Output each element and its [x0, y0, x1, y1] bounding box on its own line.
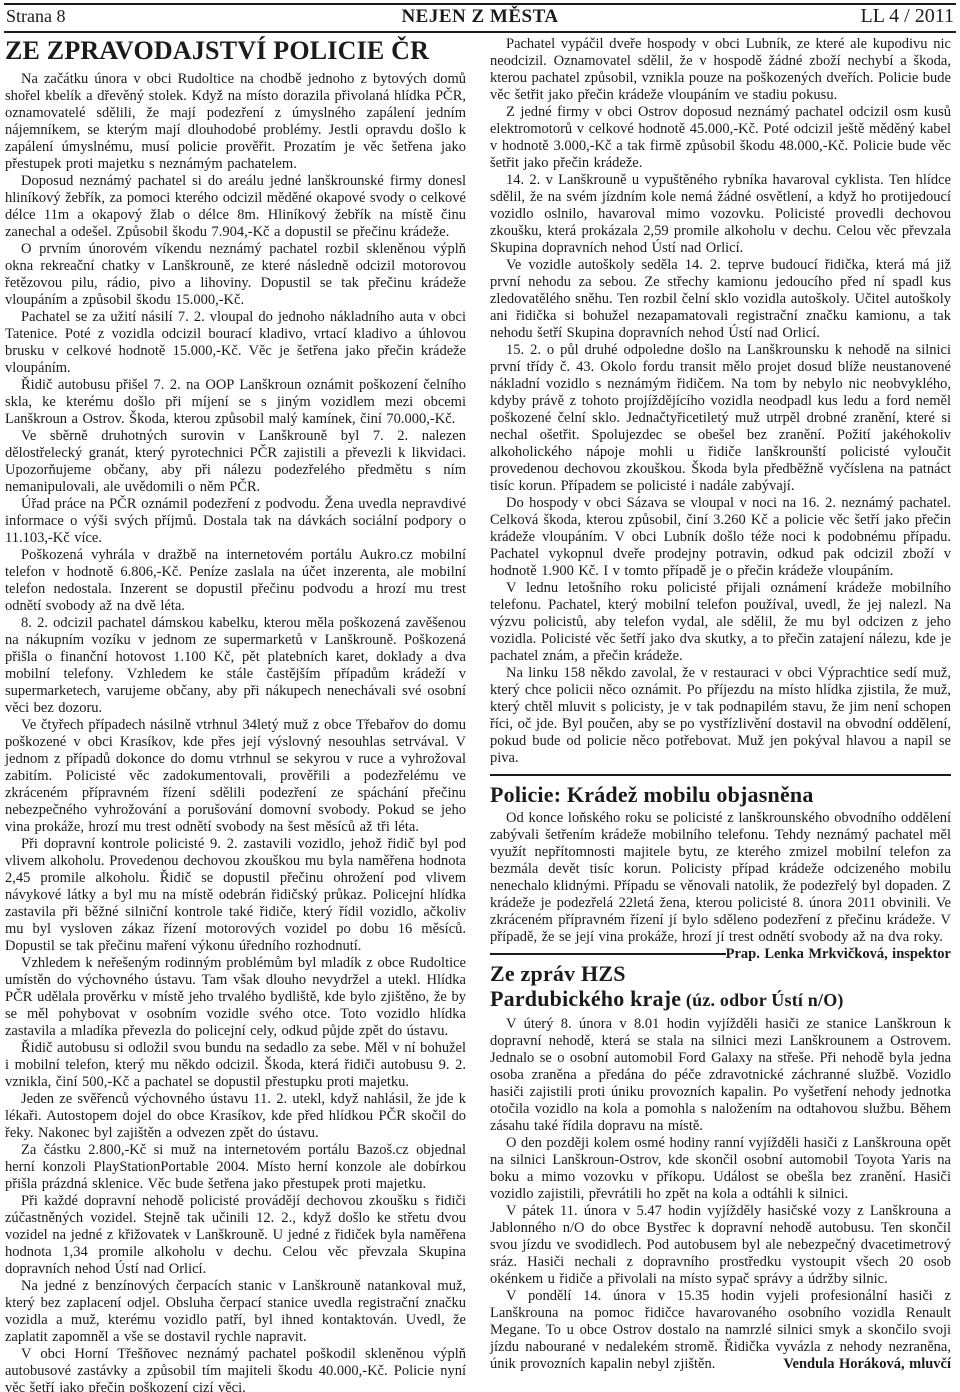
article-paragraph: Vzhledem k neřešeným rodinným problémům … — [5, 955, 466, 1040]
article-paragraph: 15. 2. o půl druhé odpoledne došlo na La… — [490, 342, 951, 495]
right-column: Pachatel vypáčil dveře hospody v obci Lu… — [490, 36, 951, 1373]
police-news-headline: ZE ZPRAVODAJSTVÍ POLICIE ČR — [5, 36, 466, 66]
article-paragraph: Z jedné firmy v obci Ostrov doposud nezn… — [490, 104, 951, 172]
left-column: ZE ZPRAVODAJSTVÍ POLICIE ČR Na začátku ú… — [5, 36, 466, 1392]
police-theft-headline: Policie: Krádež mobilu objasněna — [490, 782, 951, 807]
article-paragraph: V úterý 8. února v 8.01 hodin vyjížděli … — [490, 1016, 951, 1135]
article-paragraph: Od konce loňského roku se policisté z la… — [490, 810, 951, 946]
author-signature: Vendula Horáková, mluvčí — [783, 1356, 951, 1373]
hzs-headline: Ze zpráv HZS Pardubického kraje (úz. odb… — [490, 961, 951, 1013]
article-paragraph: Na začátku února v obci Rudoltice na cho… — [5, 71, 466, 173]
section-divider — [490, 953, 726, 955]
article-paragraph: Na jedné z benzínových čerpacích stanic … — [5, 1278, 466, 1346]
article-paragraph: Při dopravní kontrole policisté 9. 2. za… — [5, 836, 466, 955]
article-paragraph: Za částku 2.800,-Kč si muž na internetov… — [5, 1142, 466, 1193]
article-paragraph: Poškozená vyhrála v dražbě na internetov… — [5, 547, 466, 615]
article-paragraph: Doposud neznámý pachatel si do areálu je… — [5, 173, 466, 241]
hzs-headline-suffix: (úz. odbor Ústí n/O) — [681, 990, 843, 1010]
article-paragraph: V pondělí 14. února v 15.35 hodin vyjeli… — [490, 1288, 951, 1373]
article-paragraph: Úřad práce na PČR oznámil podezření z po… — [5, 496, 466, 547]
article-paragraph: 8. 2. odcizil pachatel dámskou kabelku, … — [5, 615, 466, 717]
masthead: Strana 8 NEJEN Z MĚSTA LL 4 / 2011 — [4, 3, 956, 33]
article-paragraph: Ve čtyřech případech násilně vtrhnul 34l… — [5, 717, 466, 836]
article-paragraph: V lednu letošního roku policisté přijali… — [490, 580, 951, 665]
article-paragraph: Pachatel vypáčil dveře hospody v obci Lu… — [490, 36, 951, 104]
section-divider — [490, 774, 951, 776]
article-paragraph: Řidič autobusu přišel 7. 2. na OOP Lanšk… — [5, 377, 466, 428]
article-paragraph: V pátek 11. února v 5.47 hodin vyjížděly… — [490, 1203, 951, 1288]
issue-label: LL 4 / 2011 — [860, 5, 954, 28]
paragraph-text: Od konce loňského roku se policisté z la… — [490, 810, 951, 945]
newspaper-page: Strana 8 NEJEN Z MĚSTA LL 4 / 2011 ZE ZP… — [0, 0, 960, 1392]
newspaper-title: NEJEN Z MĚSTA — [4, 6, 956, 28]
article-paragraph: Jeden ze svěřenců výchovného ústavu 11. … — [5, 1091, 466, 1142]
article-paragraph: V obci Horní Třešňovec neznámý pachatel … — [5, 1346, 466, 1392]
article-paragraph: Řidič autobusu si odložil svou bundu na … — [5, 1040, 466, 1091]
author-signature: Prap. Lenka Mrkvičková, inspektor — [726, 946, 951, 963]
article-paragraph: Ve vozidle autoškoly seděla 14. 2. teprv… — [490, 257, 951, 342]
article-paragraph: Na linku 158 někdo zavolal, že v restaur… — [490, 665, 951, 767]
article-paragraph: Ve sběrně druhotných surovin v Lanškroun… — [5, 428, 466, 496]
article-paragraph: 14. 2. v Lanškrouně u vypuštěného rybník… — [490, 172, 951, 257]
article-paragraph: Do hospody v obci Sázava se vloupal v no… — [490, 495, 951, 580]
article-paragraph: Při každé dopravní nehodě policisté prov… — [5, 1193, 466, 1278]
article-paragraph: Pachatel se za užití násilí 7. 2. vloupa… — [5, 309, 466, 377]
article-paragraph: O prvním únorovém víkendu neznámý pachat… — [5, 241, 466, 309]
article-paragraph: O den později kolem osmé hodiny ranní vy… — [490, 1135, 951, 1203]
hzs-headline-main: Ze zpráv HZS Pardubického kraje — [490, 961, 681, 1011]
